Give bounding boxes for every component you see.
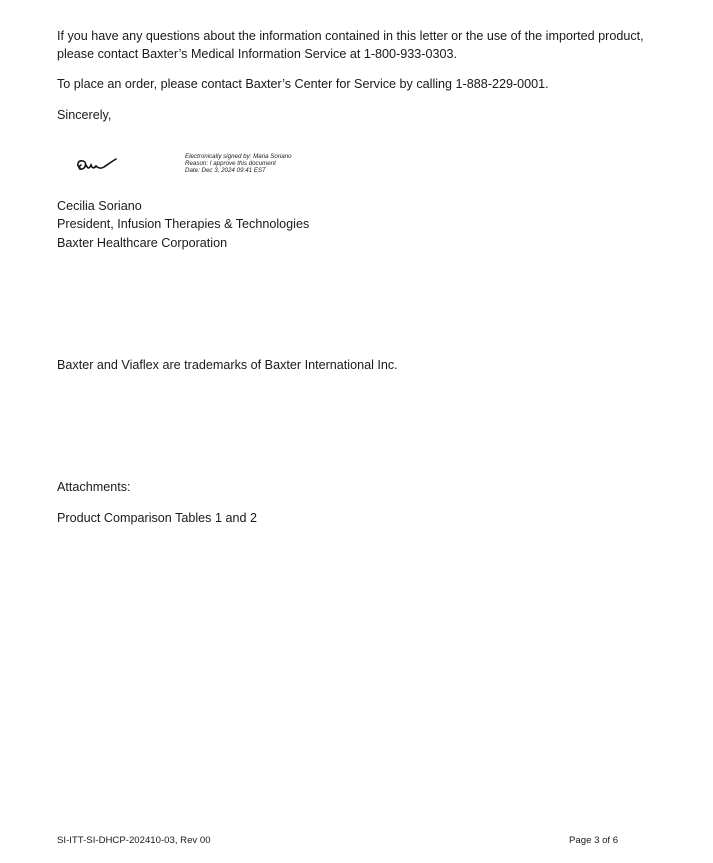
signatory-title: President, Infusion Therapies & Technolo… [57, 215, 309, 234]
attachments-list: Product Comparison Tables 1 and 2 [57, 509, 257, 528]
order-paragraph: To place an order, please contact Baxter… [57, 75, 549, 94]
closing: Sincerely, [57, 106, 111, 125]
questions-paragraph-line2: please contact Baxter’s Medical Informat… [57, 45, 457, 64]
trademark-notice: Baxter and Viaflex are trademarks of Bax… [57, 356, 398, 375]
signature-date: Date: Dec 3, 2024 09:41 EST [185, 168, 292, 175]
handwritten-signature-icon [74, 156, 124, 176]
signatory-company: Baxter Healthcare Corporation [57, 234, 227, 253]
footer-page-number: Page 3 of 6 [569, 835, 618, 847]
electronic-signature-block: Electronically signed by: Maria Soriano … [185, 154, 292, 174]
attachments-label: Attachments: [57, 478, 131, 497]
signatory-name: Cecilia Soriano [57, 197, 142, 216]
footer-doc-id: SI-ITT-SI-DHCP-202410-03, Rev 00 [57, 835, 211, 847]
questions-paragraph-line1: If you have any questions about the info… [57, 27, 644, 46]
